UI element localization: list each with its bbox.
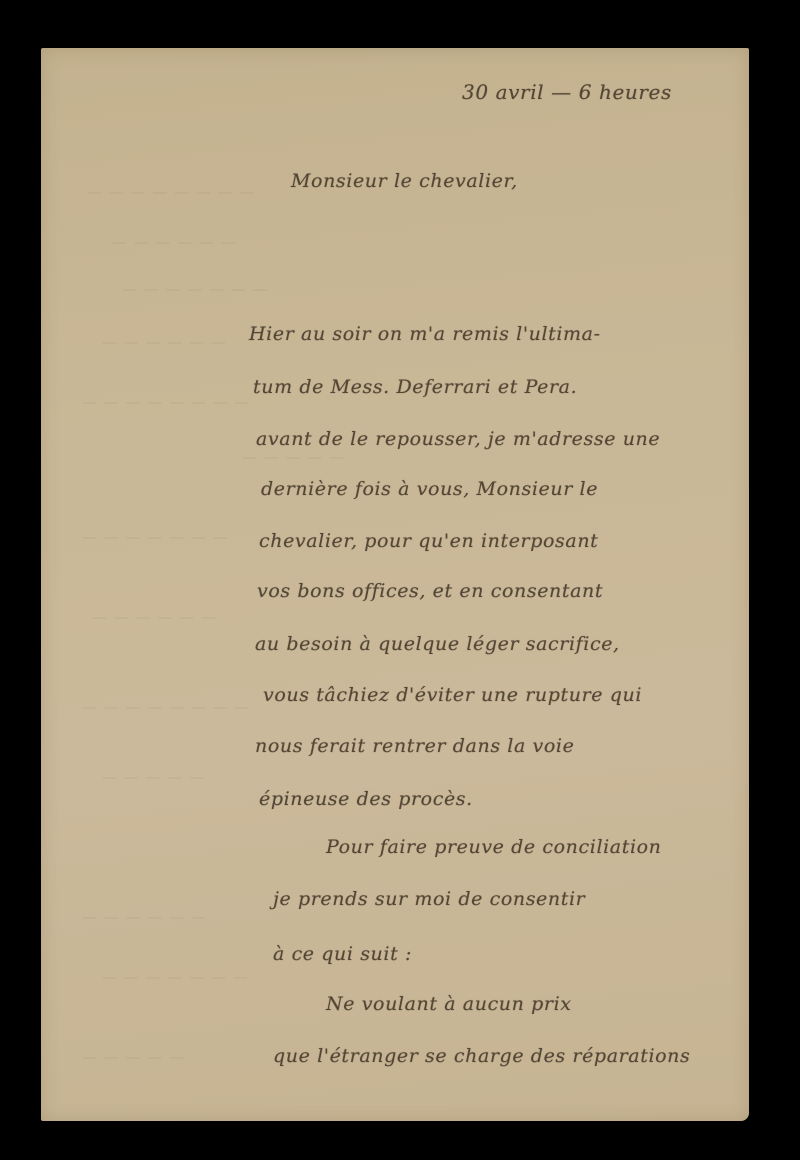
bleed-through-line: — — — — — [241, 448, 344, 466]
letter-line: Hier au soir on m'a remis l'ultima- [249, 323, 601, 345]
bleed-through-line: — — — — — — — — [81, 393, 249, 411]
bleed-through-line: — — — — — — — — [81, 698, 249, 716]
letter-line: tum de Mess. Deferrari et Pera. [253, 376, 577, 398]
letter-line: Pour faire preuve de conciliation [326, 836, 662, 858]
letter-line: épineuse des procès. [259, 788, 473, 810]
bleed-through-line: — — — — — — — [101, 968, 248, 986]
letter-line: vos bons offices, et en consentant [257, 580, 603, 602]
bleed-through-line: — — — — — — — — [86, 183, 254, 201]
letter-line: avant de le repousser, je m'adresse une [256, 428, 660, 450]
letter-line: je prends sur moi de consentir [273, 888, 585, 910]
letter-line: vous tâchiez d'éviter une rupture qui [263, 684, 642, 706]
salutation: Monsieur le chevalier, [291, 170, 518, 192]
bleed-through-line: — — — — — — — [81, 528, 228, 546]
letter-line: Ne voulant à aucun prix [326, 993, 572, 1015]
bleed-through-line: — — — — — [101, 768, 204, 786]
bleed-through-line: — — — — — — [91, 608, 216, 626]
bleed-through-line: — — — — — — [81, 908, 206, 926]
bleed-through-line: — — — — — — — [121, 280, 268, 298]
letter-page: — — — — — — — — — — — — — — — — — — — — … [41, 48, 749, 1121]
letter-line: que l'étranger se charge des réparations [273, 1045, 690, 1067]
letter-line: chevalier, pour qu'en interposant [259, 530, 598, 552]
bleed-through-line: — — — — — — [111, 233, 236, 251]
letter-line: dernière fois à vous, Monsieur le [261, 478, 598, 500]
letter-line: nous ferait rentrer dans la voie [255, 735, 574, 757]
dateline: 30 avril — 6 heures [462, 80, 672, 104]
bleed-through-line: — — — — — — [101, 333, 226, 351]
letter-line: à ce qui suit : [273, 943, 412, 965]
letter-line: au besoin à quelque léger sacrifice, [255, 633, 620, 655]
bleed-through-line: — — — — — [81, 1048, 184, 1066]
